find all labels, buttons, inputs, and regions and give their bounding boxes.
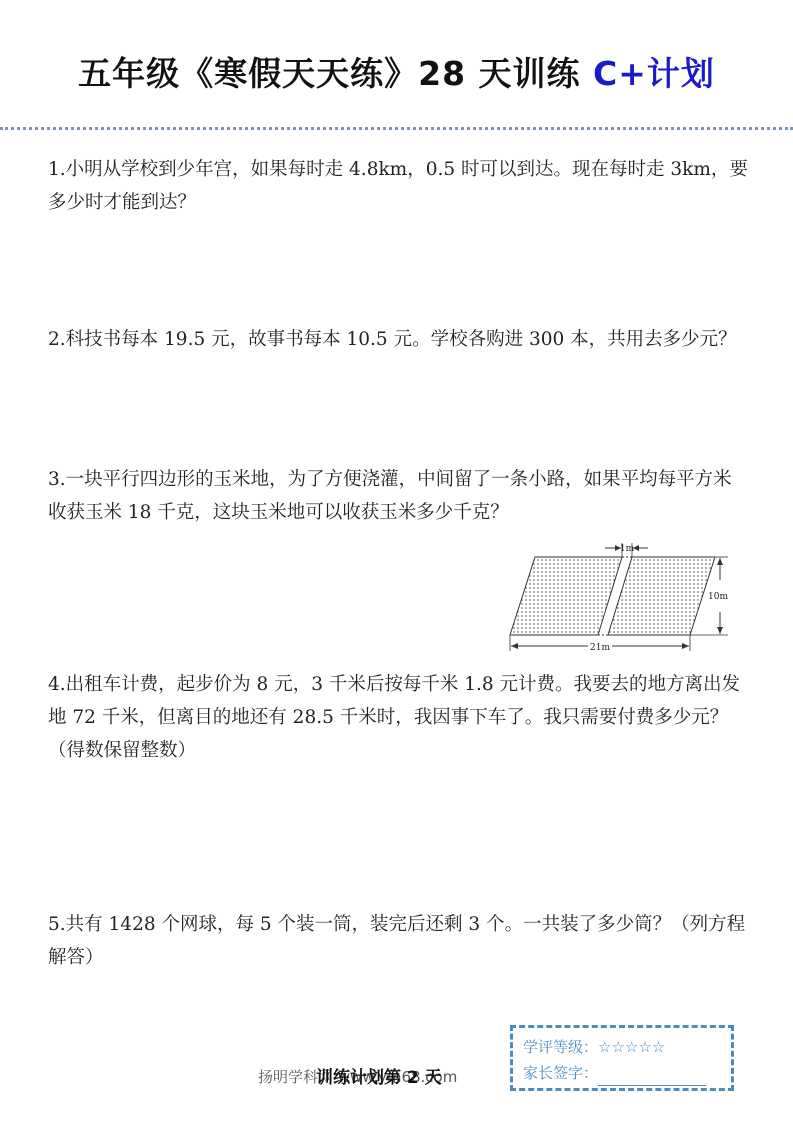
question-text: 科技书每本 19.5 元，故事书每本 10.5 元。学校各购进 300 本，共用… xyxy=(66,329,737,350)
path-width-label: 1m xyxy=(620,544,635,554)
parallelogram-field-diagram: 1m 10m 21m xyxy=(500,538,740,653)
title-accent: C+计划 xyxy=(593,54,715,93)
star-rating-icon: ☆☆☆☆☆ xyxy=(598,1038,665,1056)
question-number: 1. xyxy=(48,159,66,180)
page-footer: 扬明学科网 www.ym68.com 训练计划第 2 天 xyxy=(258,1066,457,1087)
day-label: 训练计划第 2 天 xyxy=(316,1063,442,1088)
signature-line xyxy=(598,1067,706,1086)
title-main: 五年级《寒假天天练》28 天训练 xyxy=(78,54,593,93)
question-5: 5.共有 1428 个网球，每 5 个装一筒，装完后还剩 3 个。一共装了多少筒… xyxy=(48,908,748,974)
base-label: 21m xyxy=(590,643,610,653)
question-4: 4.出租车计费，起步价为 8 元，3 千米后按每千米 1.8 元计费。我要去的地… xyxy=(48,668,748,767)
question-text: 一块平行四边形的玉米地，为了方便浇灌，中间留了一条小路，如果平均每平方米收获玉米… xyxy=(48,469,732,523)
question-text: 出租车计费，起步价为 8 元，3 千米后按每千米 1.8 元计费。我要去的地方离… xyxy=(48,674,740,761)
signature-label: 家长签字： xyxy=(523,1064,598,1082)
page-title: 五年级《寒假天天练》28 天训练 C+计划 xyxy=(0,48,793,95)
height-label: 10m xyxy=(708,592,728,602)
question-1: 1.小明从学校到少年宫，如果每时走 4.8km，0.5 时可以到达。现在每时走 … xyxy=(48,153,748,219)
grade-box: 学评等级：☆☆☆☆☆ 家长签字： xyxy=(510,1025,734,1091)
question-number: 3. xyxy=(48,469,66,490)
rating-row: 学评等级：☆☆☆☆☆ xyxy=(523,1034,721,1060)
question-3: 3.一块平行四边形的玉米地，为了方便浇灌，中间留了一条小路，如果平均每平方米收获… xyxy=(48,463,748,529)
signature-row: 家长签字： xyxy=(523,1060,721,1086)
question-number: 4. xyxy=(48,674,66,695)
rating-label: 学评等级： xyxy=(523,1038,598,1056)
question-text: 小明从学校到少年宫，如果每时走 4.8km，0.5 时可以到达。现在每时走 3k… xyxy=(48,159,748,213)
question-number: 5. xyxy=(48,914,66,935)
question-2: 2.科技书每本 19.5 元，故事书每本 10.5 元。学校各购进 300 本，… xyxy=(48,323,748,356)
dotted-divider xyxy=(0,127,793,130)
question-number: 2. xyxy=(48,329,66,350)
question-text: 共有 1428 个网球，每 5 个装一筒，装完后还剩 3 个。一共装了多少筒？（… xyxy=(48,914,745,968)
